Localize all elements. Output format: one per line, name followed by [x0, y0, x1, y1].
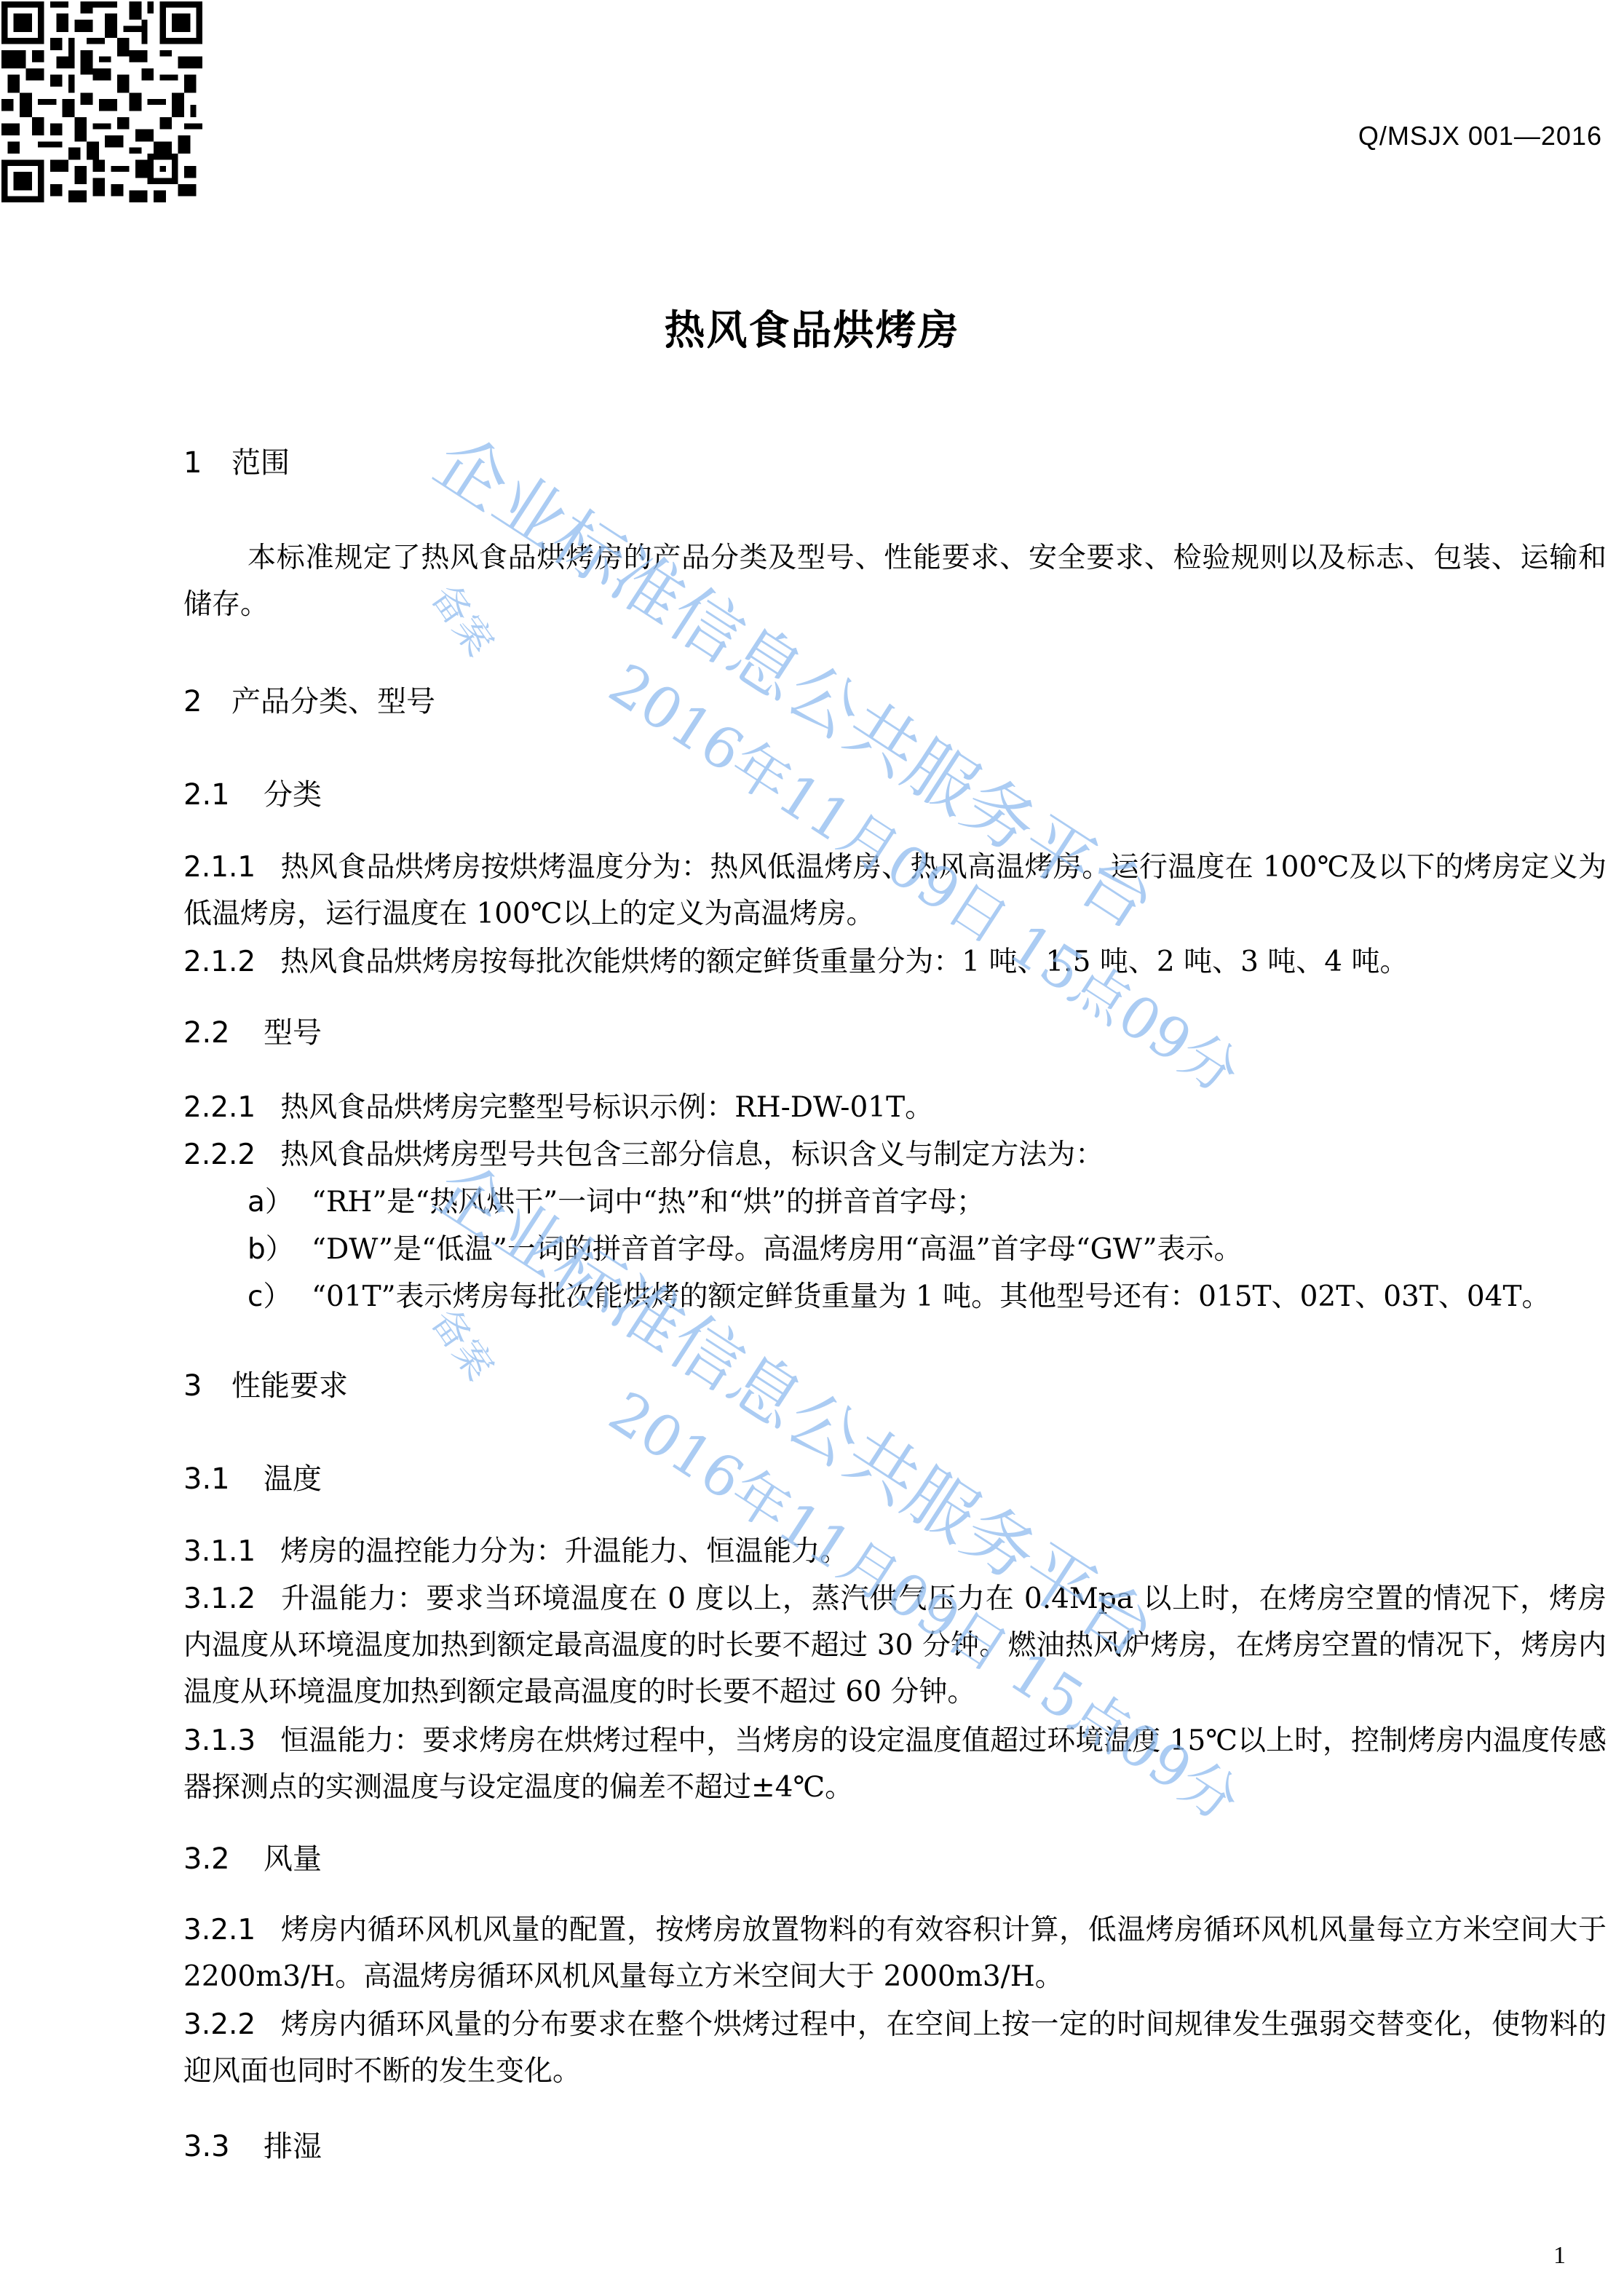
clause-number: 3.2.1 [183, 1914, 256, 1946]
qr-code-icon [1, 1, 202, 202]
section-number: 3 [183, 1368, 231, 1403]
list-text: “DW”是“低温”一词的拼音首字母。高温烤房用“高温”首字母“GW”表示。 [312, 1233, 1243, 1266]
section-2-2-heading: 2.2型号 [183, 1015, 1607, 1050]
clause-text: 恒温能力：要求烤房在烘烤过程中，当烤房的设定温度值超过环境温度 15℃以上时，控… [183, 1724, 1607, 1804]
clause-number: 2.1.2 [183, 946, 256, 978]
section-title: 温度 [264, 1462, 322, 1496]
clause-number: 2.1.1 [183, 851, 256, 884]
list-marker: b） [247, 1227, 312, 1273]
scope-paragraph: 本标准规定了热风食品烘烤房的产品分类及型号、性能要求、安全要求、检验规则以及标志… [183, 535, 1607, 628]
clause-3-2-2: 3.2.2烤房内循环风量的分布要求在整个烘烤过程中，在空间上按一定的时间规律发生… [183, 2002, 1607, 2095]
section-2-heading: 2产品分类、型号 [183, 684, 1607, 719]
clause-number: 3.1.3 [183, 1724, 256, 1757]
section-title: 范围 [231, 446, 290, 480]
clause-3-2-1: 3.2.1烤房内循环风机风量的配置，按烤房放置物料的有效容积计算，低温烤房循环风… [183, 1907, 1607, 2000]
section-title: 产品分类、型号 [231, 685, 435, 718]
clause-3-1-2: 3.1.2升温能力：要求当环境温度在 0 度以上，蒸汽供气压力在 0.4Mpa … [183, 1576, 1607, 1716]
section-3-2-heading: 3.2风量 [183, 1842, 1607, 1877]
list-text: “RH”是“热风烘干”一词中“热”和“烘”的拼音首字母； [312, 1186, 985, 1219]
clause-3-1-1: 3.1.1烤房的温控能力分为：升温能力、恒温能力。 [183, 1529, 1607, 1575]
section-3-heading: 3性能要求 [183, 1368, 1607, 1403]
clause-2-1-1: 2.1.1热风食品烘烤房按烘烤温度分为：热风低温烤房、热风高温烤房。运行温度在 … [183, 844, 1607, 938]
list-marker: c） [247, 1274, 312, 1320]
list-item-a: a）“RH”是“热风烘干”一词中“热”和“烘”的拼音首字母； [183, 1179, 1607, 1226]
clause-number: 3.1.1 [183, 1535, 256, 1568]
section-title: 排湿 [264, 2130, 322, 2163]
section-number: 3.1 [183, 1462, 264, 1497]
section-3-1-heading: 3.1温度 [183, 1462, 1607, 1497]
clause-text: 热风食品烘烤房完整型号标识示例：RH-DW-01T。 [280, 1091, 933, 1124]
section-number: 2.2 [183, 1015, 264, 1050]
section-number: 2.1 [183, 777, 264, 812]
clause-3-1-3: 3.1.3恒温能力：要求烤房在烘烤过程中，当烤房的设定温度值超过环境温度 15℃… [183, 1718, 1607, 1811]
clause-text: 升温能力：要求当环境温度在 0 度以上，蒸汽供气压力在 0.4Mpa 以上时，在… [183, 1582, 1607, 1708]
list-item-c: c）“01T”表示烤房每批次能烘烤的额定鲜货重量为 1 吨。其他型号还有：015… [183, 1274, 1607, 1320]
section-title: 分类 [264, 778, 322, 812]
document-title: 热风食品烘烤房 [0, 298, 1624, 357]
clause-text: 热风食品烘烤房按每批次能烘烤的额定鲜货重量分为：1 吨、1.5 吨、2 吨、3 … [280, 946, 1408, 978]
clause-number: 2.2.1 [183, 1091, 256, 1124]
clause-text: 烤房内循环风量的分布要求在整个烘烤过程中，在空间上按一定的时间规律发生强弱交替变… [183, 2008, 1607, 2088]
clause-2-1-2: 2.1.2热风食品烘烤房按每批次能烘烤的额定鲜货重量分为：1 吨、1.5 吨、2… [183, 939, 1607, 986]
clause-number: 3.1.2 [183, 1582, 256, 1615]
clause-2-2-2: 2.2.2热风食品烘烤房型号共包含三部分信息，标识含义与制定方法为： [183, 1132, 1607, 1178]
section-number: 1 [183, 445, 231, 480]
section-title: 型号 [264, 1016, 322, 1050]
section-title: 性能要求 [231, 1369, 348, 1403]
section-number: 2 [183, 684, 231, 719]
standard-code: Q/MSJX 001—2016 [1358, 121, 1602, 151]
clause-number: 2.2.2 [183, 1138, 256, 1171]
section-number: 3.2 [183, 1842, 264, 1877]
section-3-3-heading: 3.3排湿 [183, 2129, 1607, 2164]
clause-text: 热风食品烘烤房按烘烤温度分为：热风低温烤房、热风高温烤房。运行温度在 100℃及… [183, 851, 1607, 930]
page-number: 1 [1553, 2242, 1566, 2270]
list-item-b: b）“DW”是“低温”一词的拼音首字母。高温烤房用“高温”首字母“GW”表示。 [183, 1227, 1607, 1273]
list-text: “01T”表示烤房每批次能烘烤的额定鲜货重量为 1 吨。其他型号还有：015T、… [312, 1280, 1550, 1313]
clause-text: 烤房的温控能力分为：升温能力、恒温能力。 [280, 1535, 848, 1568]
section-2-1-heading: 2.1分类 [183, 777, 1607, 812]
clause-2-2-1: 2.2.1热风食品烘烤房完整型号标识示例：RH-DW-01T。 [183, 1085, 1607, 1131]
section-title: 风量 [264, 1842, 322, 1876]
clause-text: 热风食品烘烤房型号共包含三部分信息，标识含义与制定方法为： [280, 1138, 1104, 1171]
clause-text: 烤房内循环风机风量的配置，按烤房放置物料的有效容积计算，低温烤房循环风机风量每立… [183, 1914, 1607, 1993]
list-marker: a） [247, 1179, 312, 1226]
section-1-heading: 1范围 [183, 445, 1607, 480]
section-number: 3.3 [183, 2129, 264, 2164]
clause-number: 3.2.2 [183, 2008, 256, 2041]
